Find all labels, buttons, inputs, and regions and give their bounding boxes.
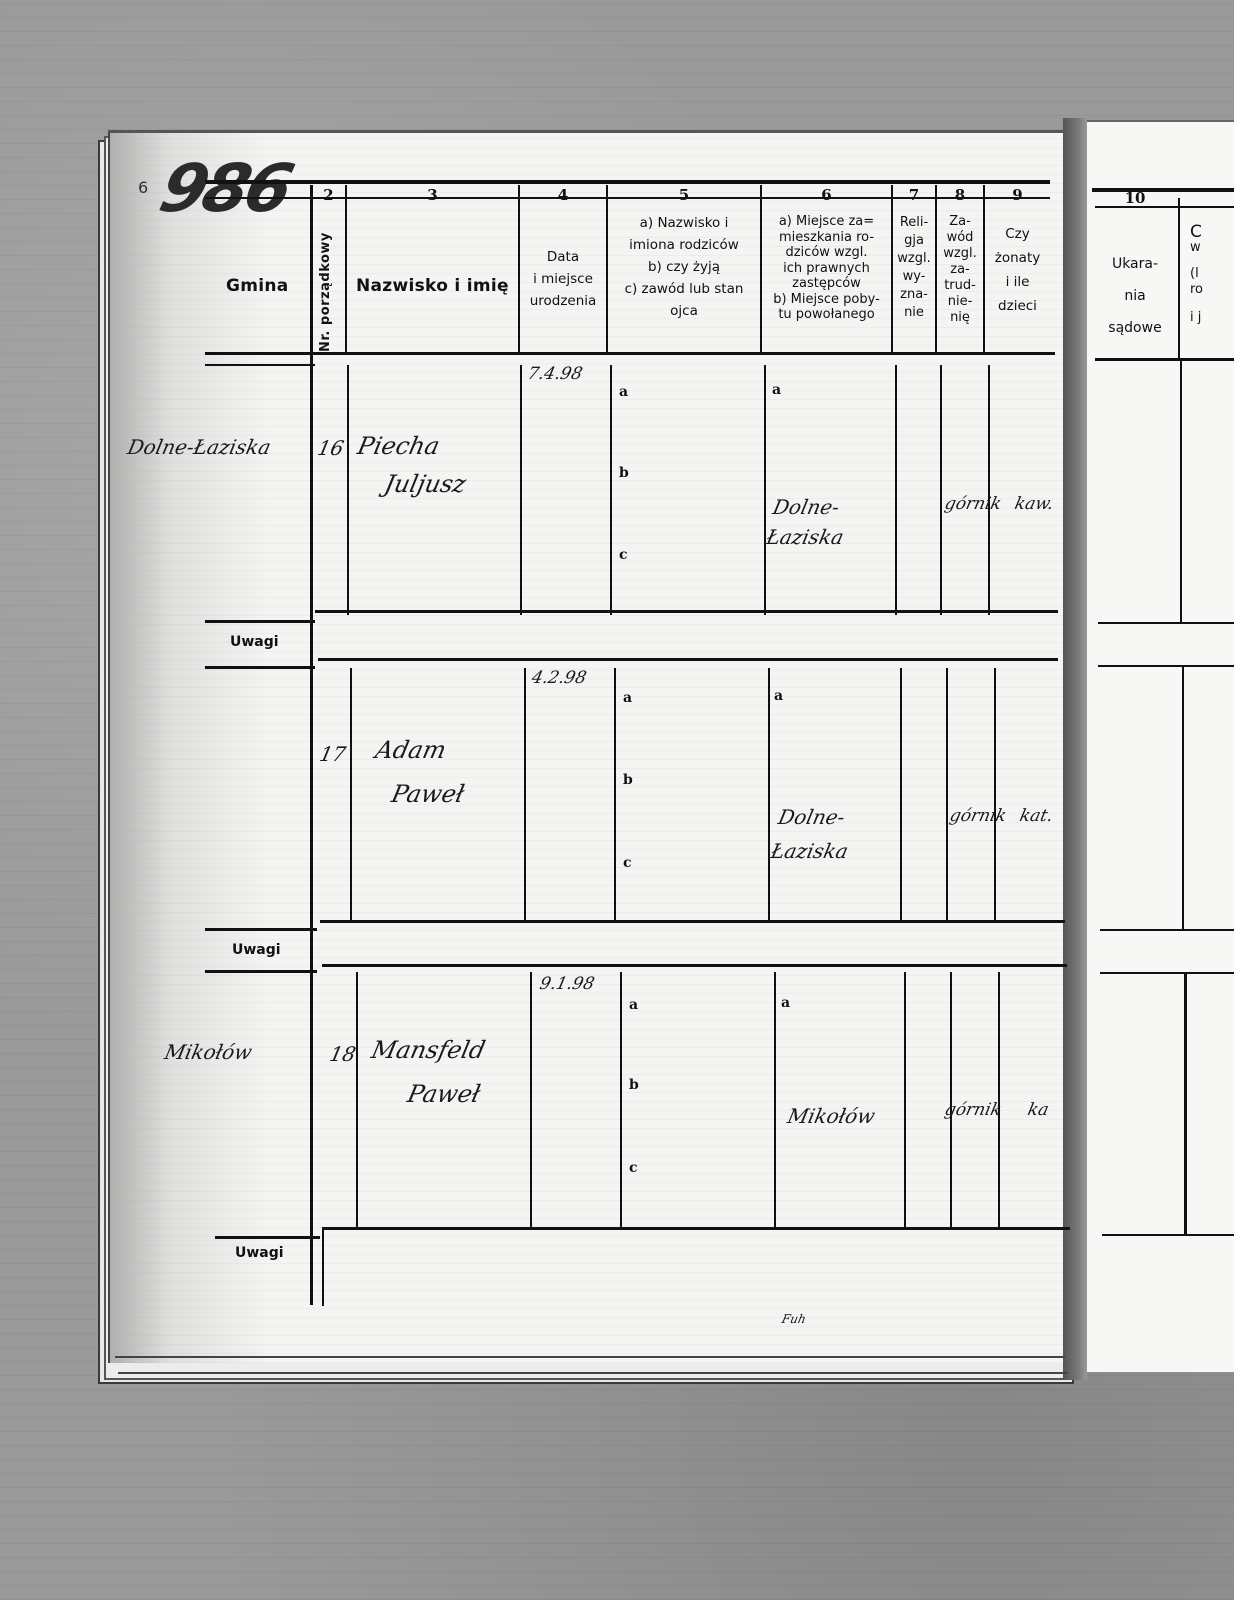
page-edge-2 <box>118 1372 1068 1374</box>
uwagi1-label: Uwagi <box>230 634 279 650</box>
header-bottom-rule <box>205 352 1055 355</box>
uwagi1-top-rule <box>205 620 315 623</box>
row3-birth-date: 9.1.98 <box>538 974 596 994</box>
right-header-ukarania: Ukara- nia sądowe <box>1095 248 1175 344</box>
col-divider-1 <box>310 185 313 1305</box>
row2-bottom-rule <box>320 920 1065 923</box>
row3-residence-label-a: a <box>781 995 790 1011</box>
uwagi2-bottom-rule <box>322 964 1067 967</box>
row1-label-b: b <box>619 465 629 481</box>
col-num-6: 6 <box>762 186 891 204</box>
header-top-rule <box>205 180 1050 184</box>
header-religia: Reli- gja wzgl. wy- zna- nie <box>893 214 935 322</box>
row1-div-8 <box>988 365 990 615</box>
row1-top-left-rule <box>205 364 315 366</box>
row2-div-2 <box>350 668 352 923</box>
right-row2-divider <box>1182 667 1184 929</box>
footer-mark: Fuh <box>781 1312 808 1326</box>
uwagi3-top-rule <box>215 1236 320 1239</box>
row3-religion: ka <box>1026 1100 1051 1120</box>
row1-div-2 <box>347 365 349 615</box>
row1-div-4 <box>610 365 612 615</box>
row3-div-4 <box>620 972 622 1228</box>
header-nr-porzadkowy: Nr. porządkowy <box>318 212 333 352</box>
row3-surname: Mansfeld <box>369 1036 488 1064</box>
row3-bottom-rule <box>322 1227 1070 1230</box>
row2-nr: 17 <box>317 742 348 766</box>
row1-nr: 16 <box>315 436 346 460</box>
row1-residence-label-a: a <box>772 382 781 398</box>
col-num-8: 8 <box>937 186 983 204</box>
row1-birth-date: 7.4.98 <box>526 364 584 384</box>
row3-label-a: a <box>629 997 638 1013</box>
uwagi2-top-rule <box>205 928 317 931</box>
page-edge-1 <box>115 1356 1065 1358</box>
row2-div-6 <box>900 668 902 923</box>
row3-label-c: c <box>629 1160 638 1176</box>
header-zawod: Za- wód wzgl. za- trud- nie- nię <box>937 214 983 326</box>
row1-label-c: c <box>619 547 628 563</box>
row2-div-4 <box>614 668 616 923</box>
right-col-divider-hdr <box>1178 198 1180 358</box>
header-data-urodzenia: Data i miejsce urodzenia <box>520 248 606 310</box>
row2-occupation: górnik <box>948 806 1008 826</box>
row1-religion: kaw. <box>1013 494 1056 514</box>
header-nazwisko-imie: Nazwisko i imię <box>356 276 509 296</box>
row1-label-a: a <box>619 384 628 400</box>
row2-label-c: c <box>623 855 632 871</box>
row3-label-b: b <box>629 1077 639 1093</box>
col-num-7: 7 <box>893 186 935 204</box>
uwagi1-bottom-left-rule <box>205 666 315 669</box>
row3-nr: 18 <box>327 1042 358 1066</box>
right-row1-divider <box>1180 360 1182 622</box>
row3-gmina: Mikołów <box>162 1040 254 1064</box>
uwagi3-divider <box>322 1228 324 1306</box>
uwagi1-bottom-rule <box>318 658 1058 661</box>
row3-div-2 <box>356 972 358 1228</box>
archive-prefix: 6 <box>138 178 148 197</box>
uwagi2-bottom-left-rule <box>205 970 317 973</box>
header-rodzice: a) Nazwisko i imiona rodziców b) czy żyj… <box>608 212 760 322</box>
row2-religion: kat. <box>1018 806 1055 826</box>
right-uwagi2-bottom <box>1100 972 1234 974</box>
row1-residence: Dolne-Łaziska <box>764 492 897 552</box>
row2-div-5 <box>768 668 770 923</box>
row2-residence: Dolne-Łaziska <box>768 800 902 868</box>
book-gutter <box>1063 118 1087 1380</box>
row2-birth-date: 4.2.98 <box>530 668 588 688</box>
col-divider-2-hdr <box>345 185 347 355</box>
right-header-bottom-rule <box>1095 358 1234 361</box>
row2-div-8 <box>994 668 996 923</box>
row1-bottom-rule <box>315 610 1058 613</box>
row1-given-name: Juljusz <box>382 470 469 498</box>
header-gmina: Gmina <box>226 276 289 296</box>
row2-label-b: b <box>623 772 633 788</box>
row3-div-5 <box>774 972 776 1228</box>
right-row1-bottom <box>1098 622 1234 624</box>
row3-given-name: Paweł <box>405 1080 483 1108</box>
right-row2-bottom <box>1100 929 1234 931</box>
row2-div-3 <box>524 668 526 923</box>
row1-gmina: Dolne-Łaziska <box>125 435 273 459</box>
col-num-5: 5 <box>608 186 760 204</box>
row3-residence: Mikołów <box>785 1104 877 1128</box>
row1-div-3 <box>520 365 522 615</box>
row3-div-6 <box>904 972 906 1228</box>
row3-occupation: górnik <box>943 1100 1003 1120</box>
row2-given-name: Paweł <box>389 780 467 808</box>
header-zonaty: Czy żonaty i ile dzieci <box>985 222 1050 318</box>
right-row3-bottom <box>1102 1234 1234 1236</box>
right-uwagi1-bottom <box>1098 665 1234 667</box>
right-row3-divider <box>1184 974 1187 1236</box>
row1-div-6 <box>895 365 897 615</box>
col-num-3: 3 <box>347 186 518 204</box>
row2-div-7 <box>946 668 948 923</box>
row1-occupation: górnik <box>943 494 1003 514</box>
right-col-num-10: 10 <box>1095 189 1175 207</box>
archive-number: 986 <box>152 150 297 227</box>
row3-div-3 <box>530 972 532 1228</box>
header-miejsce-zamieszkania: a) Miejsce za= mieszkania ro- dziców wzg… <box>762 214 891 323</box>
row2-surname: Adam <box>373 736 449 764</box>
col-num-2: 2 <box>312 186 345 204</box>
row1-div-5 <box>764 365 766 615</box>
uwagi3-label: Uwagi <box>235 1245 284 1261</box>
right-header-cut: C w (l ro i j <box>1190 224 1234 326</box>
col-num-4: 4 <box>520 186 606 204</box>
uwagi2-label: Uwagi <box>232 942 281 958</box>
row2-label-a: a <box>623 690 632 706</box>
row2-residence-label-a: a <box>774 688 783 704</box>
row1-div-7 <box>940 365 942 615</box>
row1-surname: Piecha <box>355 432 442 460</box>
col-num-9: 9 <box>985 186 1050 204</box>
